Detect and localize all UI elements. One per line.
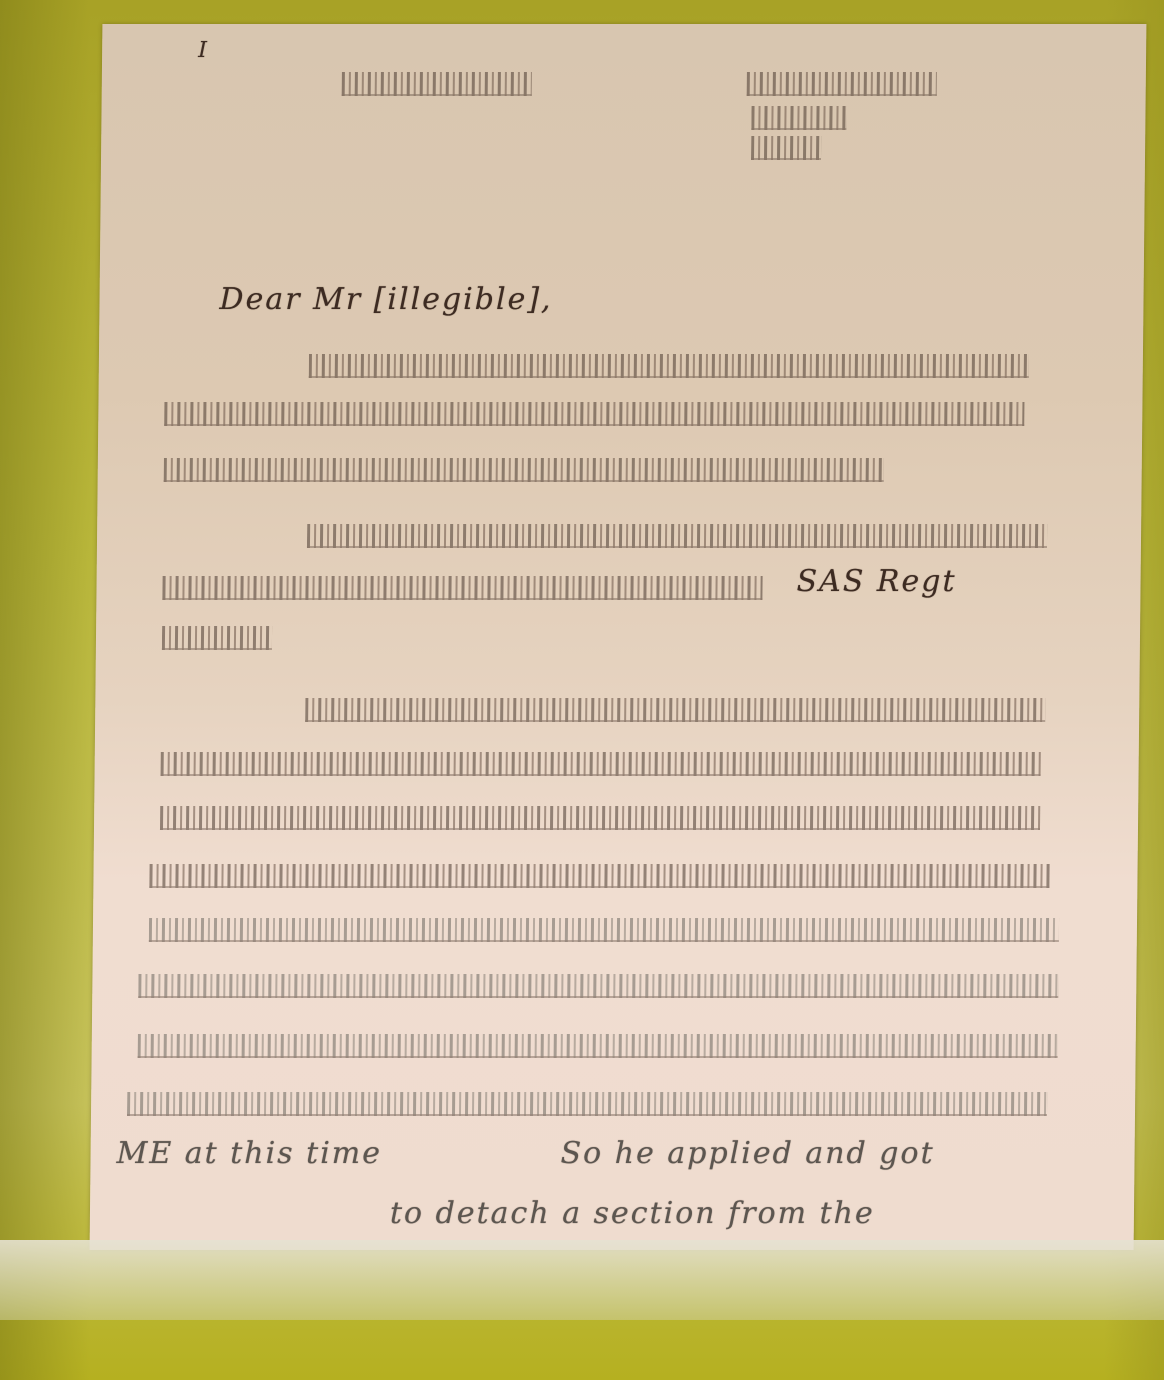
text-line	[138, 974, 1058, 998]
address-line	[751, 106, 846, 130]
letter-page: I Dear Mr [illegible], SAS Regt ME at th…	[90, 24, 1147, 1250]
fragment-so-he-applied: So he applied and got	[560, 1136, 934, 1171]
text-line	[162, 626, 272, 650]
display-glass-edge	[0, 1240, 1164, 1320]
text-line	[160, 806, 1040, 830]
fragment-detach-section: to detach a section from the	[390, 1196, 875, 1231]
text-line	[149, 918, 1059, 942]
fragment-me-at-this-time: ME at this time	[116, 1136, 382, 1171]
address-line	[747, 72, 937, 96]
text-line	[161, 752, 1041, 776]
text-line	[138, 1034, 1058, 1058]
address-line	[751, 136, 821, 160]
text-line	[164, 402, 1024, 426]
obscured-date	[342, 72, 532, 96]
text-line	[149, 864, 1049, 888]
salutation: Dear Mr [illegible],	[219, 282, 552, 317]
text-line	[164, 458, 884, 482]
text-line	[309, 354, 1029, 378]
fragment-sas-regt: SAS Regt	[796, 564, 956, 599]
page-number: I	[198, 38, 209, 63]
text-line	[307, 524, 1047, 548]
text-line	[127, 1092, 1047, 1116]
text-line	[162, 576, 762, 600]
text-line	[305, 698, 1045, 722]
